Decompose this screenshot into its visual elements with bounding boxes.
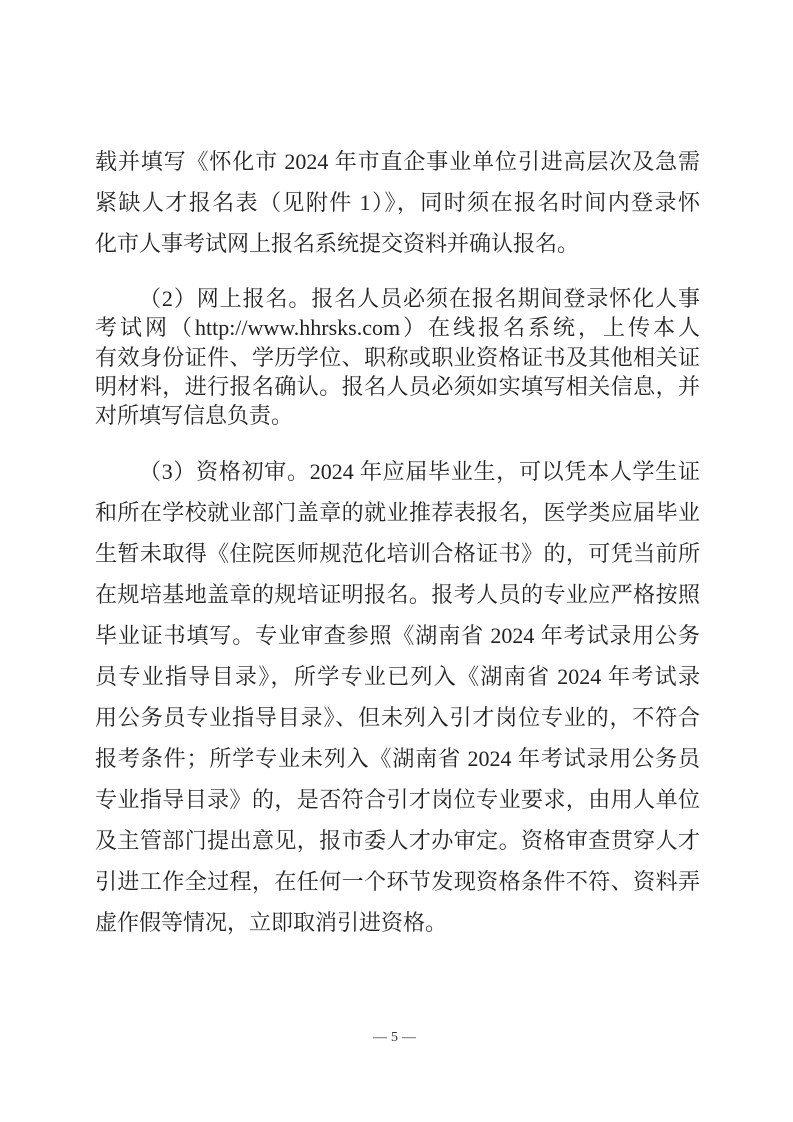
text-line: 和所在学校就业部门盖章的就业推荐表报名，医学类应届毕业	[95, 492, 700, 533]
document-page: 载并填写《怀化市 2024 年市直企事业单位引进高层次及急需紧缺人才报名表（见附…	[0, 0, 793, 1122]
page-footer: —5—	[0, 1030, 793, 1046]
text-line: （2）网上报名。报名人员必须在报名期间登录怀化人事	[95, 284, 700, 313]
text-line: 有效身份证件、学历学位、职称或职业资格证书及其他相关证	[95, 343, 700, 372]
text-line: 载并填写《怀化市 2024 年市直企事业单位引进高层次及急需	[95, 141, 700, 182]
document-body: 载并填写《怀化市 2024 年市直企事业单位引进高层次及急需紧缺人才报名表（见附…	[95, 141, 700, 943]
text-line: 用公务员专业指导目录》、但未列入引才岗位专业的，不符合	[95, 697, 700, 738]
paragraph-form-download-continued: 载并填写《怀化市 2024 年市直企事业单位引进高层次及急需紧缺人才报名表（见附…	[95, 141, 700, 264]
text-line: 员专业指导目录》，所学专业已列入《湖南省 2024 年考试录	[95, 656, 700, 697]
text-line: 明材料，进行报名确认。报名人员必须如实填写相关信息，并	[95, 372, 700, 401]
text-line: （3）资格初审。2024 年应届毕业生，可以凭本人学生证	[95, 451, 700, 492]
text-line: 考试网（http://www.hhrsks.com）在线报名系统，上传本人	[95, 313, 700, 342]
text-line: 虚作假等情况，立即取消引进资格。	[95, 902, 700, 943]
text-line: 化市人事考试网上报名系统提交资料并确认报名。	[95, 223, 700, 264]
text-line: 专业指导目录》的，是否符合引才岗位专业要求，由用人单位	[95, 779, 700, 820]
paragraph-online-registration: （2）网上报名。报名人员必须在报名期间登录怀化人事考试网（http://www.…	[95, 284, 700, 430]
text-line: 生暂未取得《住院医师规范化培训合格证书》的，可凭当前所	[95, 533, 700, 574]
text-line: 在规培基地盖章的规培证明报名。报考人员的专业应严格按照	[95, 574, 700, 615]
text-line: 报考条件；所学专业未列入《湖南省 2024 年考试录用公务员	[95, 738, 700, 779]
text-line: 及主管部门提出意见，报市委人才办审定。资格审查贯穿人才	[95, 820, 700, 861]
text-line: 引进工作全过程，在任何一个环节发现资格条件不符、资料弄	[95, 861, 700, 902]
text-line: 毕业证书填写。专业审查参照《湖南省 2024 年考试录用公务	[95, 615, 700, 656]
text-line: 紧缺人才报名表（见附件 1）》，同时须在报名时间内登录怀	[95, 182, 700, 223]
text-line: 对所填写信息负责。	[95, 401, 700, 430]
paragraph-qualification-review: （3）资格初审。2024 年应届毕业生，可以凭本人学生证和所在学校就业部门盖章的…	[95, 451, 700, 943]
page-number: —5—	[373, 1030, 420, 1045]
